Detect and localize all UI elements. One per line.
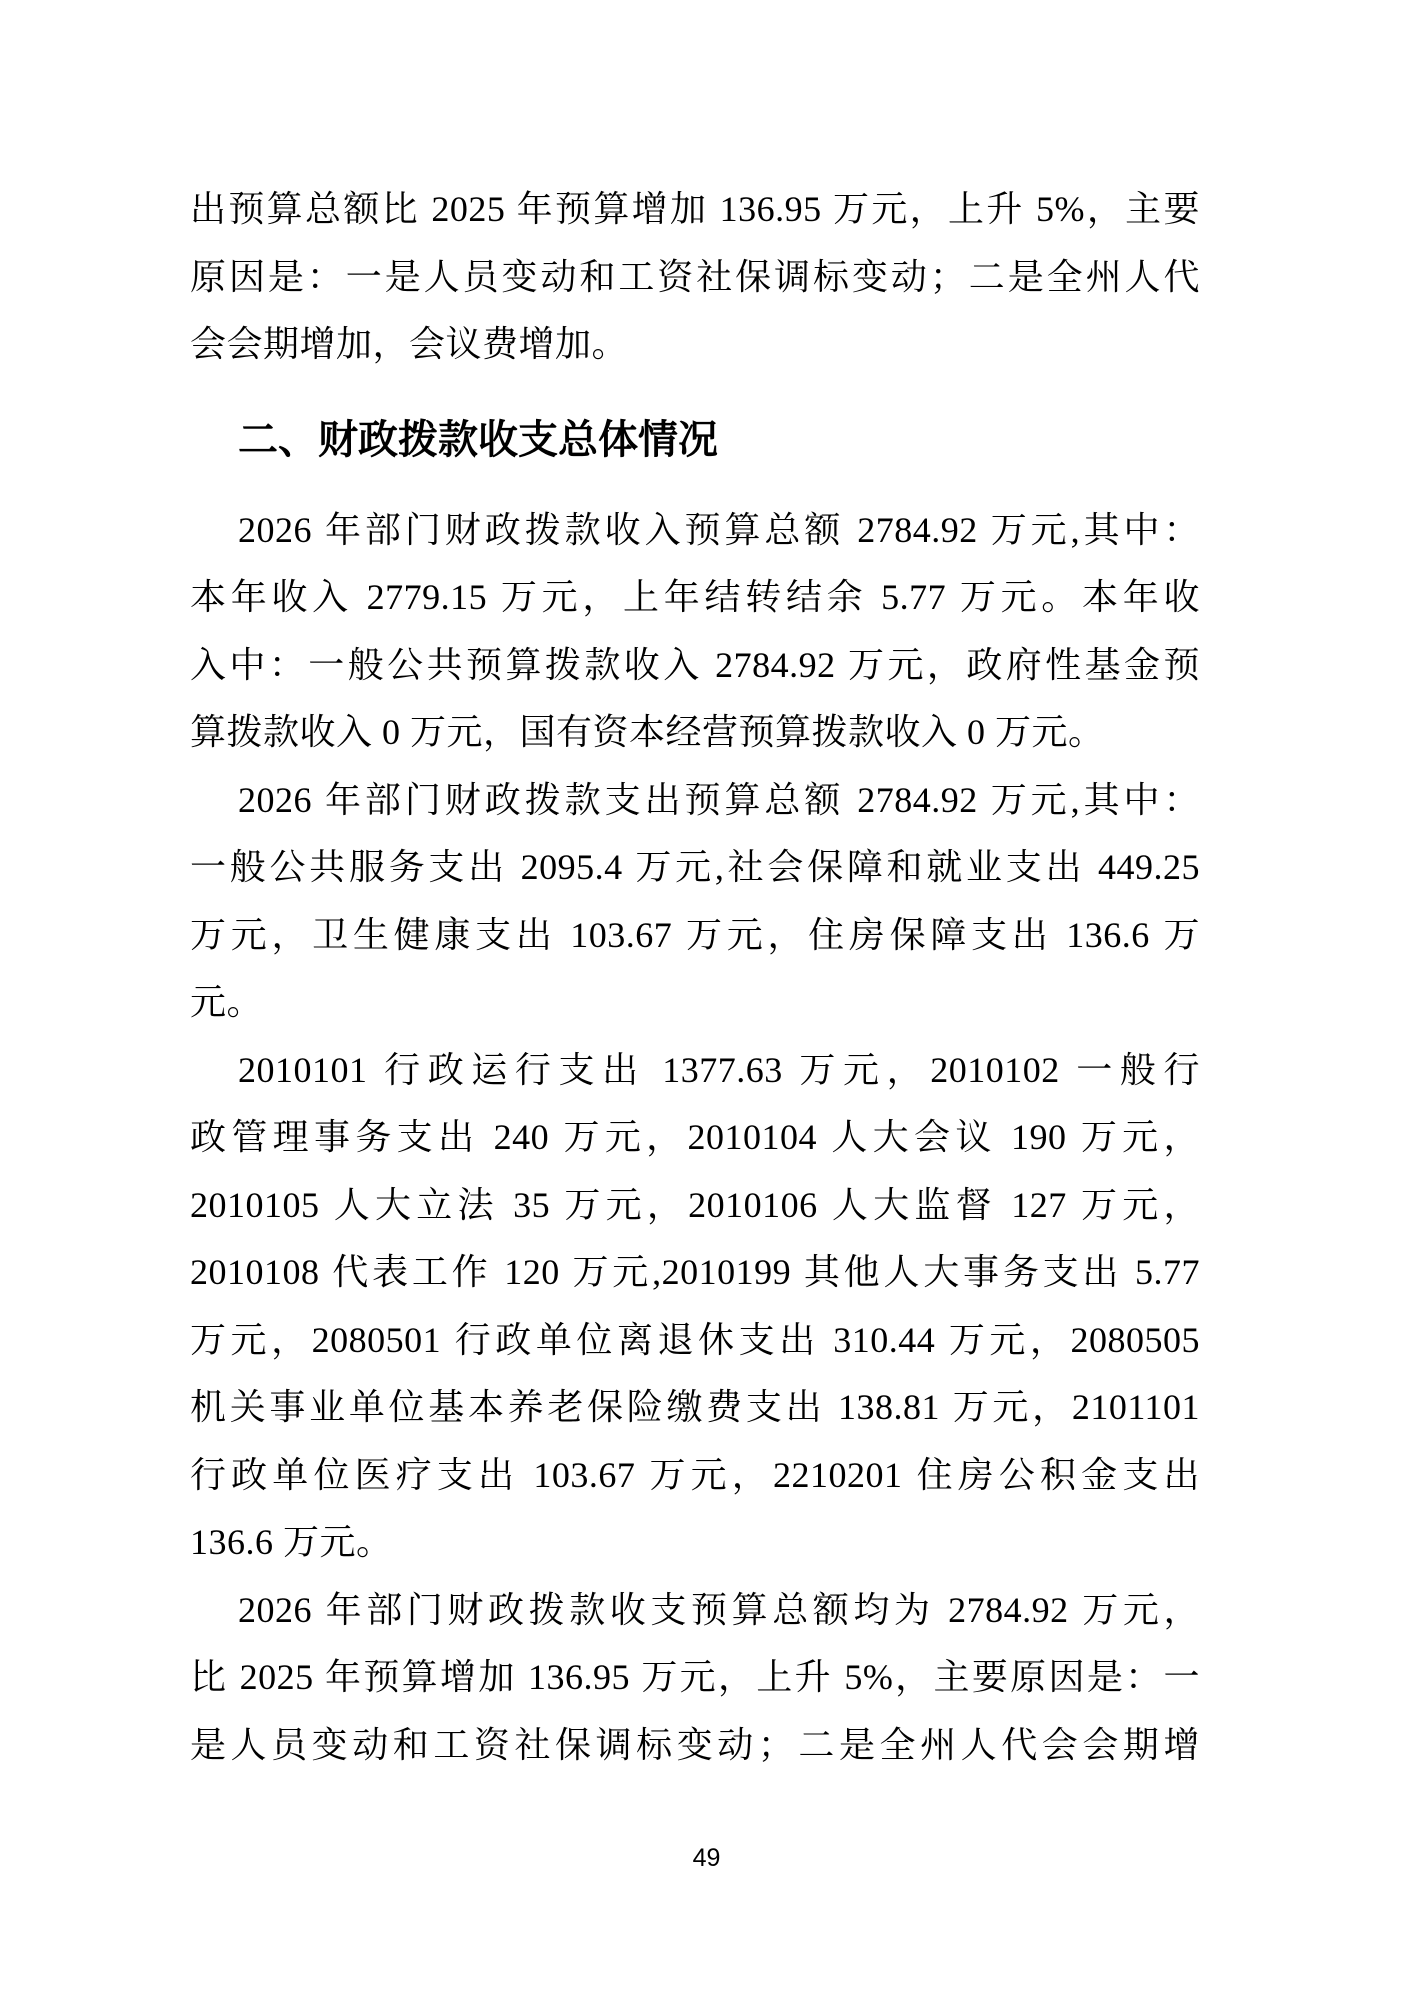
text-line: 行政单位医疗支出 103.67 万元，2210201 住房公积金支出 — [190, 1442, 1200, 1510]
text-line: 原因是：一是人员变动和工资社保调标变动；二是全州人代 — [190, 244, 1200, 312]
text-line: 万元，2080501 行政单位离退休支出 310.44 万元，2080505 — [190, 1307, 1200, 1375]
text-line: 2026 年部门财政拨款收支预算总额均为 2784.92 万元， — [190, 1577, 1200, 1645]
text-line: 2026 年部门财政拨款收入预算总额 2784.92 万元,其中： — [190, 497, 1200, 565]
text-line: 万元，卫生健康支出 103.67 万元，住房保障支出 136.6 万 — [190, 902, 1200, 970]
text-line: 一般公共服务支出 2095.4 万元,社会保障和就业支出 449.25 — [190, 834, 1200, 902]
text-line: 会会期增加，会议费增加。 — [190, 311, 1200, 379]
text-line: 算拨款收入 0 万元，国有资本经营预算拨款收入 0 万元。 — [190, 699, 1200, 767]
text-line: 入中：一般公共预算拨款收入 2784.92 万元，政府性基金预 — [190, 632, 1200, 700]
text-line: 是人员变动和工资社保调标变动；二是全州人代会会期增 — [190, 1712, 1200, 1780]
text-line: 136.6 万元。 — [190, 1509, 1200, 1577]
text-line: 2026 年部门财政拨款支出预算总额 2784.92 万元,其中： — [190, 767, 1200, 835]
text-line: 比 2025 年预算增加 136.95 万元，上升 5%，主要原因是：一 — [190, 1644, 1200, 1712]
page-content: 出预算总额比 2025 年预算增加 136.95 万元，上升 5%，主要 原因是… — [190, 176, 1200, 1779]
text-line: 机关事业单位基本养老保险缴费支出 138.81 万元，2101101 — [190, 1374, 1200, 1442]
document-page: 出预算总额比 2025 年预算增加 136.95 万元，上升 5%，主要 原因是… — [0, 0, 1413, 2000]
text-line: 2010105 人大立法 35 万元，2010106 人大监督 127 万元， — [190, 1172, 1200, 1240]
section-heading: 二、财政拨款收支总体情况 — [190, 409, 1200, 471]
text-line: 2010108 代表工作 120 万元,2010199 其他人大事务支出 5.7… — [190, 1239, 1200, 1307]
page-number: 49 — [0, 1843, 1413, 1873]
text-line: 本年收入 2779.15 万元，上年结转结余 5.77 万元。本年收 — [190, 564, 1200, 632]
text-line: 政管理事务支出 240 万元，2010104 人大会议 190 万元， — [190, 1104, 1200, 1172]
text-line: 2010101 行政运行支出 1377.63 万元，2010102 一般行 — [190, 1037, 1200, 1105]
text-line: 元。 — [190, 969, 1200, 1037]
text-line: 出预算总额比 2025 年预算增加 136.95 万元，上升 5%，主要 — [190, 176, 1200, 244]
